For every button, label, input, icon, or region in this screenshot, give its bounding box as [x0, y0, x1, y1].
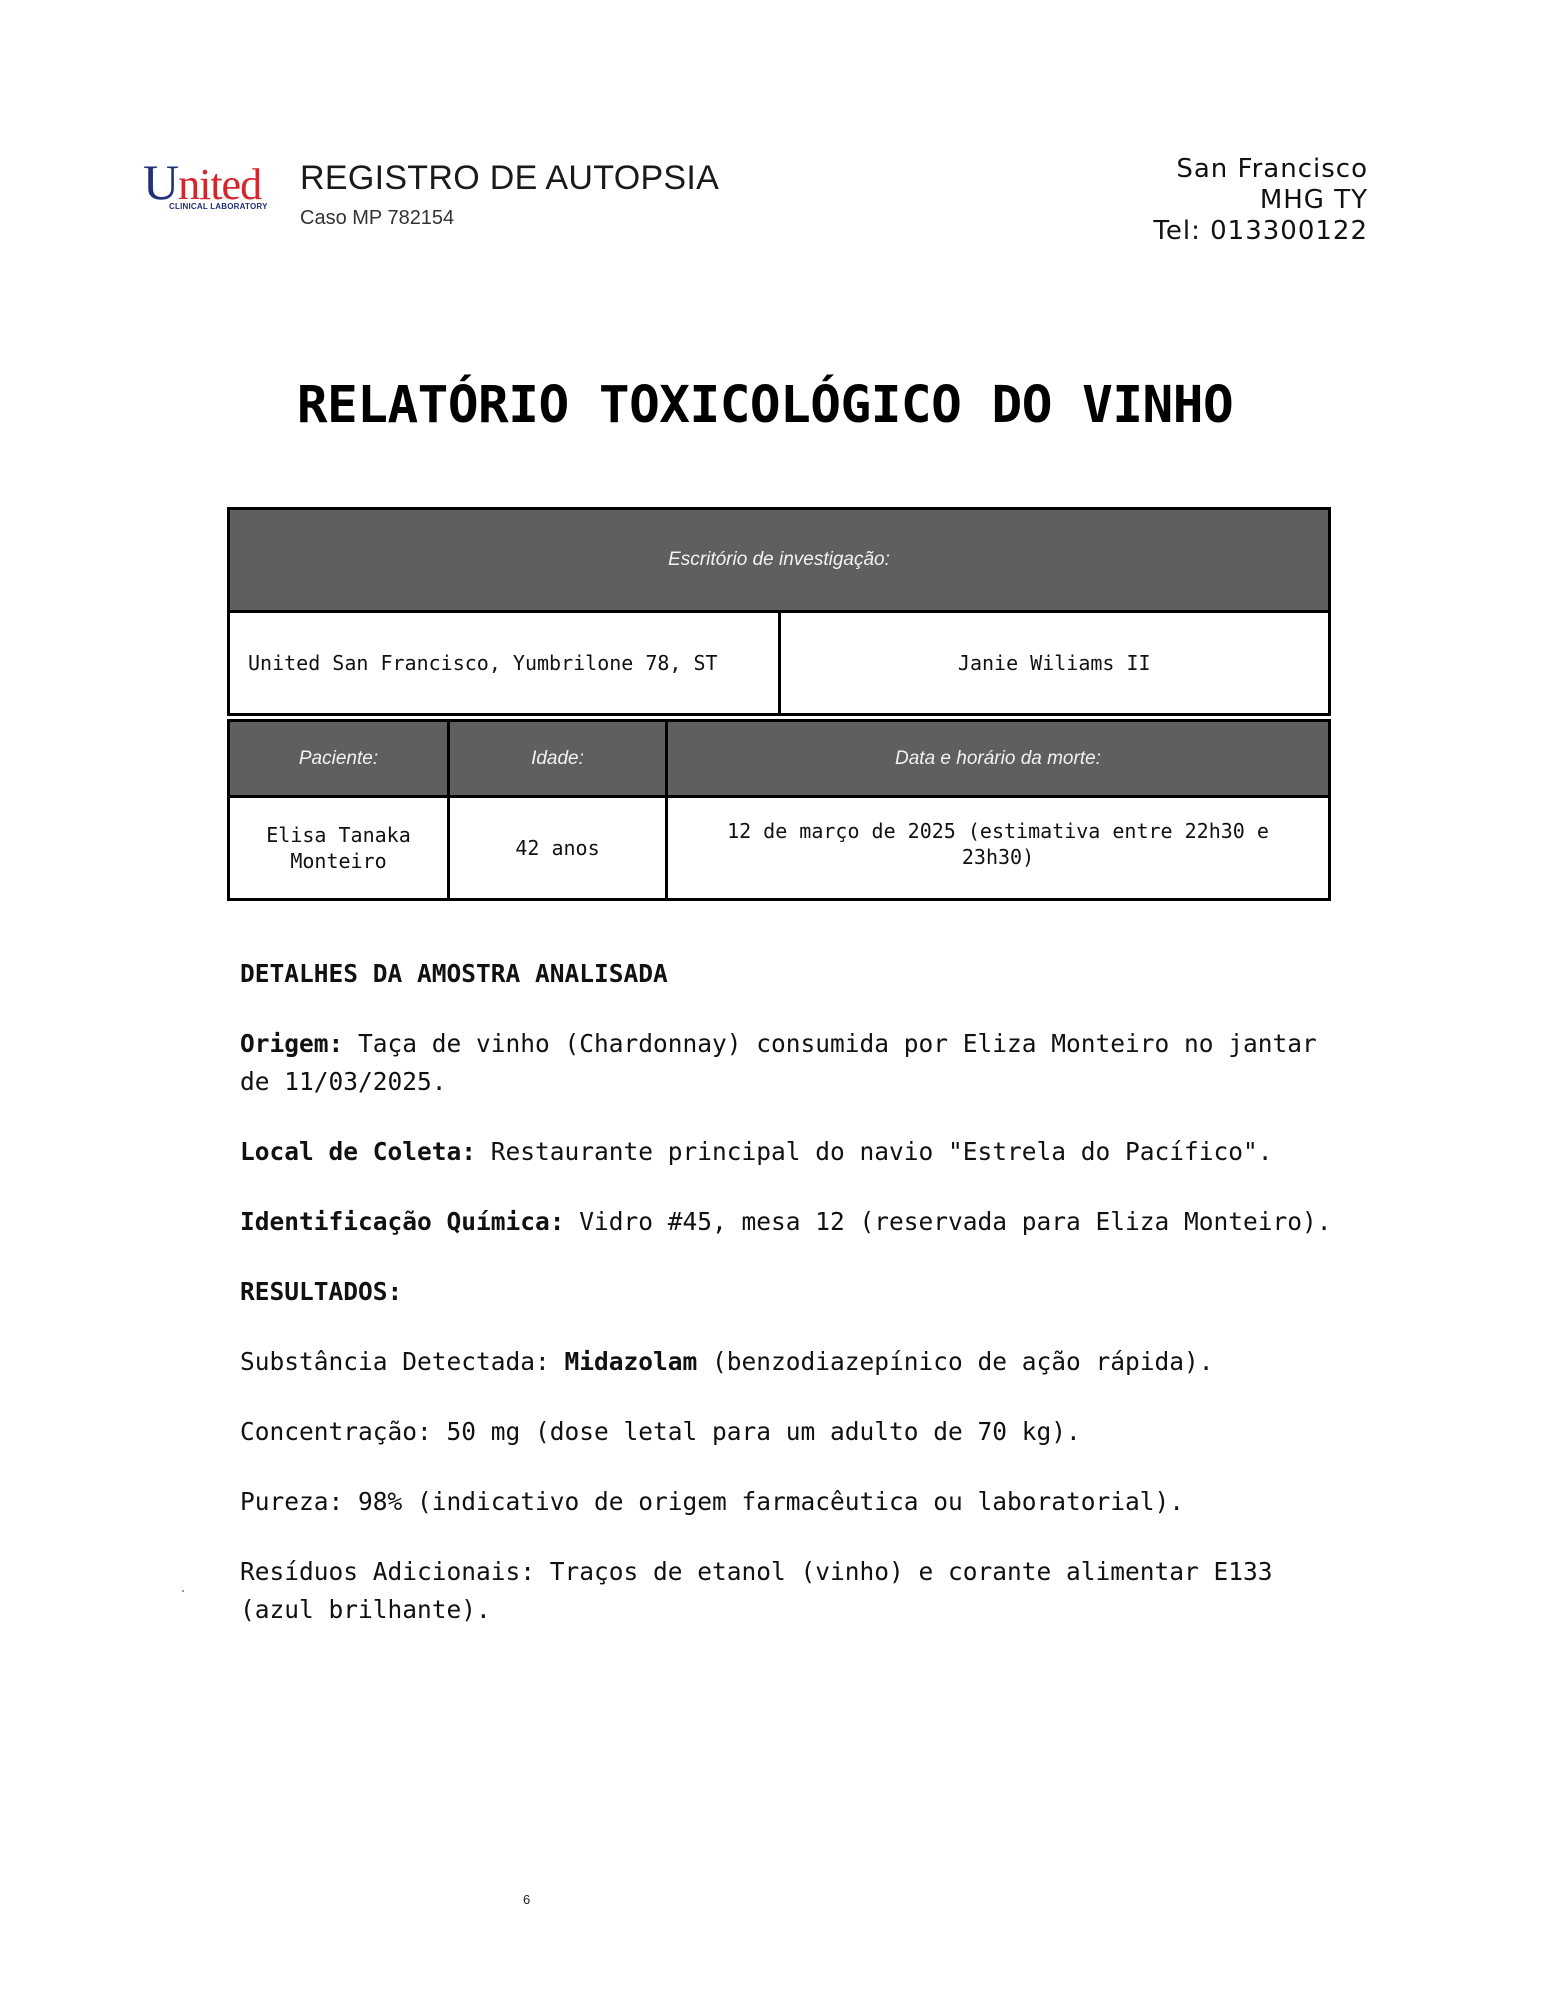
sample-origin-label: Origem:: [240, 1029, 343, 1058]
investigator-cell: Janie Wiliams II: [779, 612, 1330, 715]
patient-name-cell: Elisa Tanaka Monteiro: [229, 797, 449, 900]
address-city: San Francisco: [1153, 154, 1368, 185]
death-datetime-cell: 12 de março de 2025 (estimativa entre 22…: [667, 797, 1330, 900]
stray-mark: [182, 1590, 184, 1592]
chemical-id-text: Vidro #45, mesa 12 (reservada para Eliza…: [565, 1207, 1332, 1236]
death-datetime-header: Data e horário da morte:: [667, 721, 1330, 797]
address-line2: MHG TY: [1153, 185, 1368, 216]
report-title: RELATÓRIO TOXICOLÓGICO DO VINHO: [0, 376, 1530, 436]
patient-name: Elisa Tanaka Monteiro: [230, 822, 447, 874]
substance-name: Midazolam: [565, 1347, 698, 1376]
united-clinical-laboratory-logo: United CLINICAL LABORATORY: [143, 166, 273, 214]
additional-residues: Resíduos Adicionais: Traços de etanol (v…: [240, 1553, 1350, 1629]
logo-subtitle: CLINICAL LABORATORY: [169, 202, 268, 211]
chemical-id-label: Identificação Química:: [240, 1207, 565, 1236]
report-body: DETALHES DA AMOSTRA ANALISADA Origem: Ta…: [240, 955, 1350, 1661]
concentration: Concentração: 50 mg (dose letal para um …: [240, 1413, 1350, 1451]
lab-address-block: San Francisco MHG TY Tel: 013300122: [1153, 154, 1368, 247]
office-address-cell: United San Francisco, Yumbrilone 78, ST: [229, 612, 780, 715]
case-number: Caso MP 782154: [300, 206, 454, 230]
purity: Pureza: 98% (indicativo de origem farmac…: [240, 1483, 1350, 1521]
address-phone: Tel: 013300122: [1153, 216, 1368, 247]
register-title: REGISTRO DE AUTOPSIA: [300, 158, 719, 198]
collection-site-text: Restaurante principal do navio "Estrela …: [476, 1137, 1273, 1166]
sample-origin-text: Taça de vinho (Chardonnay) consumida por…: [240, 1029, 1317, 1096]
patient-info-table: Paciente: Idade: Data e horário da morte…: [227, 719, 1331, 901]
page-number: 6: [523, 1892, 530, 1907]
substance-prefix: Substância Detectada:: [240, 1347, 565, 1376]
sample-collection-site: Local de Coleta: Restaurante principal d…: [240, 1133, 1350, 1171]
office-header: Escritório de investigação:: [229, 509, 1330, 612]
detected-substance: Substância Detectada: Midazolam (benzodi…: [240, 1343, 1350, 1381]
patient-header: Paciente:: [229, 721, 449, 797]
collection-site-label: Local de Coleta:: [240, 1137, 476, 1166]
sample-details-heading: DETALHES DA AMOSTRA ANALISADA: [240, 955, 1350, 993]
results-heading: RESULTADOS:: [240, 1273, 1350, 1311]
sample-origin: Origem: Taça de vinho (Chardonnay) consu…: [240, 1025, 1350, 1101]
logo-wordmark: United: [143, 160, 261, 207]
age-header: Idade:: [449, 721, 667, 797]
substance-suffix: (benzodiazepínico de ação rápida).: [697, 1347, 1213, 1376]
investigation-office-table: Escritório de investigação: United San F…: [227, 507, 1331, 716]
patient-age-cell: 42 anos: [449, 797, 667, 900]
sample-chemical-id: Identificação Química: Vidro #45, mesa 1…: [240, 1203, 1350, 1241]
